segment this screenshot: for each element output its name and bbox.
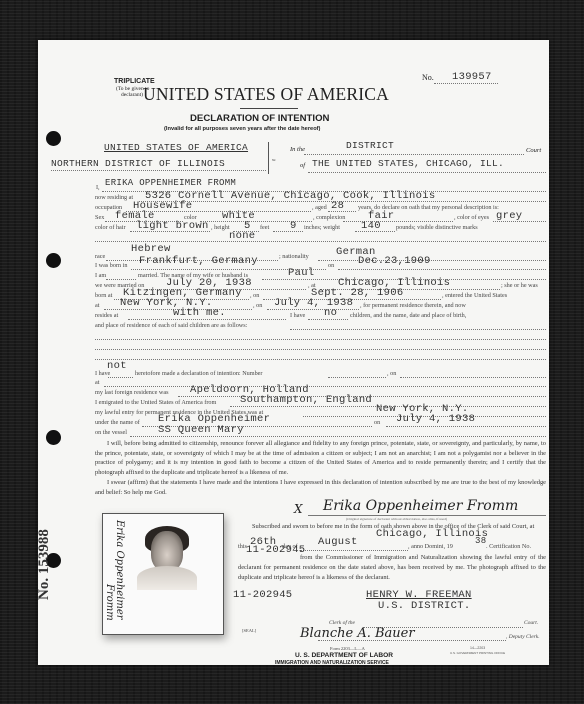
copy-note: declarant): [121, 92, 143, 98]
nationality-label: ; nationality: [279, 253, 309, 260]
complexion-label: , complexion: [313, 214, 345, 221]
declarant-name: ERIKA OPPENHEIMER FROMM: [105, 178, 236, 188]
photo-serial: No. 153988: [36, 529, 53, 600]
height-label: , height: [211, 224, 230, 231]
photo-signature-surname: Fromm: [104, 584, 115, 621]
clerk-court: U.S. DISTRICT.: [378, 600, 470, 612]
vessel-value: SS Queen Mary: [158, 424, 244, 436]
of-label: of: [300, 162, 305, 169]
ss-label: ss:: [272, 157, 276, 162]
prior-on-label: , on: [387, 370, 396, 377]
validity-note: (Invalid for all purposes seven years af…: [164, 126, 320, 132]
printing-office: U.S. GOVERNMENT PRINTING OFFICE: [450, 651, 505, 655]
vessel-label: on the vessel: [95, 429, 127, 436]
race-label: race: [95, 253, 105, 260]
feet-label: feet: [260, 224, 269, 231]
she-he-text: ; she or he was: [501, 282, 538, 289]
document-number: 139957: [452, 71, 492, 83]
entered-text: , entered the United States: [442, 292, 507, 299]
resides-label: resides at: [95, 312, 118, 319]
jurisdiction-line-2: NORTHERN DISTRICT OF ILLINOIS: [51, 158, 225, 169]
hair-value: light brown: [136, 220, 209, 232]
aged-label: , aged: [312, 204, 327, 211]
prior-declaration-text: heretofore made a declaration of intenti…: [135, 370, 262, 377]
sex-label: Sex: [95, 214, 104, 221]
photo-signature: Erika Oppenheimer: [114, 520, 125, 620]
certification-year: 38: [475, 536, 486, 546]
declaration-document: TRIPLICATE (To be given to declarant) UN…: [38, 40, 549, 665]
title-divider: [240, 108, 298, 109]
entry-date-value: July 4, 1938: [396, 413, 475, 425]
number-label: No.: [422, 73, 434, 82]
residence-text: , for permanent residence therein, and n…: [360, 302, 466, 309]
emigrated-from-value: Southampton, England: [240, 394, 372, 406]
oath-paragraph-2: I swear (affirm) that the statements I h…: [95, 478, 546, 497]
serial-prefix: No.: [36, 578, 52, 600]
emigrated-label: I emigrated to the United States of Amer…: [95, 399, 216, 406]
spouse-on-label: , on: [250, 292, 259, 299]
document-title: UNITED STATES OF AMERICA: [143, 84, 389, 105]
i-label: I,: [96, 184, 100, 191]
declarant-signature: Erika Oppenheimer Fromm: [323, 498, 518, 514]
spouse-name: Paul: [288, 267, 314, 279]
pounds-label: pounds; visible distinctive marks: [396, 224, 478, 231]
certification-month: August: [318, 536, 358, 548]
born-at-label: born at: [95, 292, 112, 299]
born-label: I was born in: [95, 262, 127, 269]
hole-punch: [46, 253, 61, 268]
birth-date-value: Dec.23,1909: [358, 255, 431, 267]
children-text: children, and the name, date and place o…: [350, 312, 466, 319]
hole-punch: [46, 131, 61, 146]
court-type: DISTRICT: [346, 140, 394, 151]
hole-punch: [46, 430, 61, 445]
form-number: Form 2203—L—A: [330, 646, 365, 651]
bracket: [268, 142, 269, 174]
department: U. S. DEPARTMENT OF LABOR: [295, 652, 393, 659]
eye-color-value: grey: [496, 210, 522, 222]
i-am-label: I am: [95, 272, 106, 279]
jurisdiction-line-1: UNITED STATES OF AMERICA: [104, 142, 248, 153]
prior-at-label: at: [95, 379, 99, 386]
serial-number: 153988: [36, 529, 52, 574]
eyes-label: , color of eyes: [454, 214, 489, 221]
signature-caption: (Original signature of declarant without…: [346, 517, 447, 521]
declarant-photo: Erika Oppenheimer Fromm: [102, 513, 224, 635]
document-subtitle: DECLARATION OF INTENTION: [190, 113, 329, 124]
race-value: Hebrew: [131, 243, 171, 255]
prior-declaration-value: not: [107, 360, 127, 372]
spouse-residence: with me.: [173, 307, 226, 319]
certification-text: from the Commissioner of Immigration and…: [238, 553, 546, 583]
distinctive-marks-value: none: [229, 230, 255, 242]
court-location: THE UNITED STATES, CHICAGO, ILL.: [312, 158, 504, 169]
children-count: no: [324, 307, 337, 319]
entry-name-label: under the name of: [95, 419, 140, 426]
deputy-clerk-label: , Deputy Clerk.: [506, 634, 540, 640]
last-residence-label: my last foreign residence was: [95, 389, 169, 396]
entry-on-label: , on: [253, 302, 262, 309]
inches-label: inches; weight: [304, 224, 340, 231]
weight-value: 140: [361, 220, 381, 232]
on-label: on: [328, 262, 334, 269]
print-code: 14—2203: [470, 646, 485, 650]
entry-on-label: on: [374, 419, 380, 426]
photo-face: [151, 531, 183, 571]
i-have-label: I have: [290, 312, 305, 319]
anno-text: , anno Domini, 19: [408, 543, 453, 550]
hair-label: color of hair: [95, 224, 126, 231]
age-value: 28: [331, 200, 344, 212]
service: IMMIGRATION AND NATURALIZATION SERVICE: [275, 660, 389, 666]
birthplace-value: Frankfurt, Germany: [139, 255, 258, 267]
photo-shoulders: [137, 566, 197, 590]
spouse-entry-date: July 4, 1938: [274, 297, 353, 309]
court-label: Court: [526, 147, 541, 154]
residing-label: now residing at: [95, 194, 133, 201]
cert-label: . Certification No.: [486, 543, 531, 550]
certification-location: Chicago, Illinois: [376, 528, 488, 540]
height-inches-value: 9: [290, 220, 297, 232]
oath-paragraph-1: I will, before being admitted to citizen…: [95, 439, 546, 477]
court-label: Court.: [524, 620, 538, 626]
entry-at-label: at: [95, 302, 99, 309]
in-the-label: In the: [290, 146, 305, 153]
children-place-text: and place of residence of each of said c…: [95, 322, 247, 329]
file-number: 11-202945: [233, 589, 292, 601]
signature-mark: X: [294, 502, 303, 516]
deputy-signature: Blanche A. Bauer: [300, 626, 415, 641]
seal-label: [SEAL]: [242, 628, 256, 633]
